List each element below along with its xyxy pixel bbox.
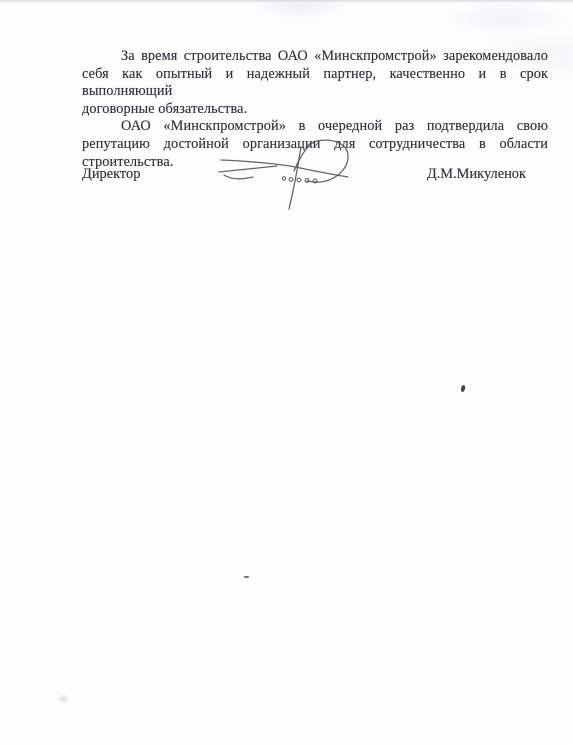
scanned-letter-page: За время строительства ОАО «Минскпромстр…	[0, 0, 573, 745]
ink-speck	[461, 385, 466, 392]
scan-top-edge	[0, 0, 573, 3]
letter-paragraph: За время строительства ОАО «Минскпромстр…	[82, 48, 548, 118]
signoff-name: Д.М.Микуленок	[427, 166, 548, 183]
signoff-role: Директор	[82, 166, 140, 183]
paragraph-line: себя как опытный и надежный партнер, кач…	[82, 66, 548, 101]
paragraph-line: договорные обязательства.	[82, 101, 548, 119]
handwritten-signature-icon	[215, 130, 375, 220]
ink-speck	[244, 576, 249, 578]
paragraph-line: За время строительства ОАО «Минскпромстр…	[82, 48, 548, 66]
scan-smudge	[59, 696, 68, 702]
